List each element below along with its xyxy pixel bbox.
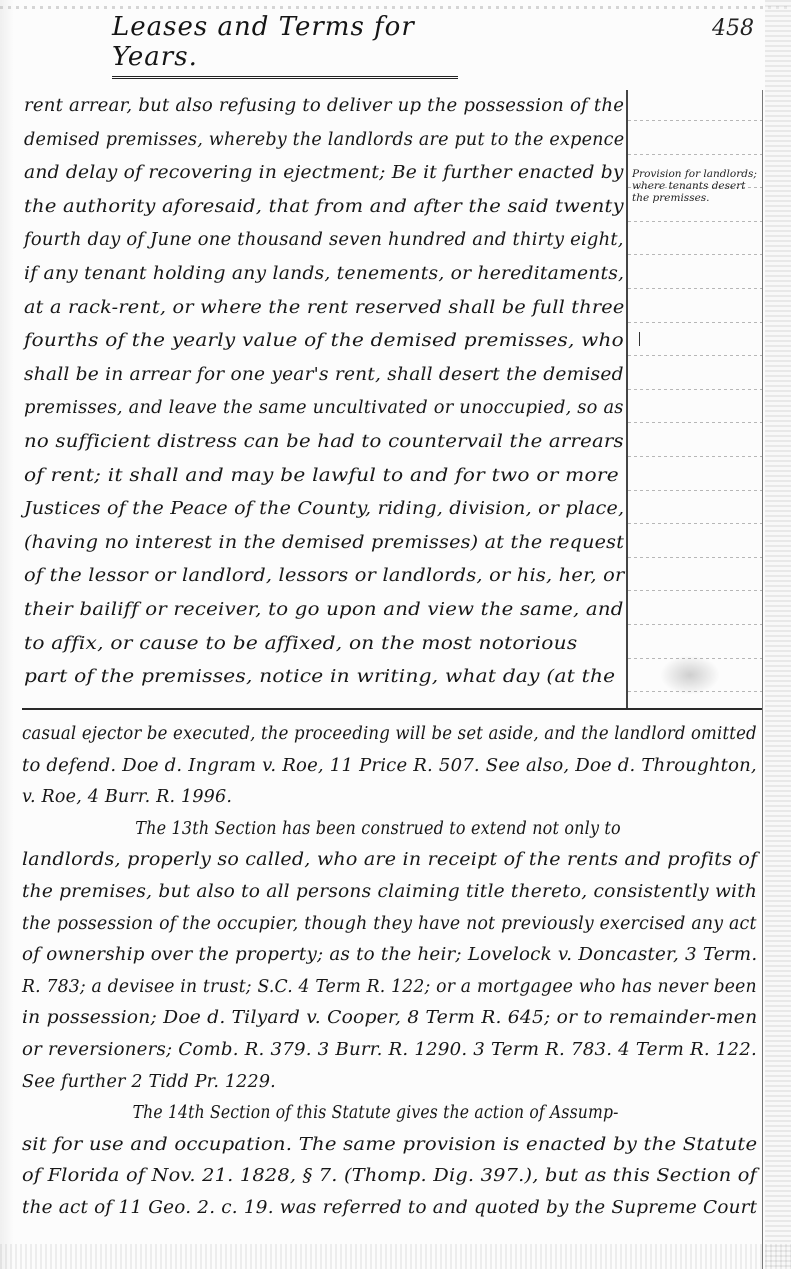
text-line: (having no interest in the demised premi… [24,533,624,553]
ruled-line [628,624,762,625]
text-line: and delay of recovering in ejectment; Be… [24,163,624,183]
text-line: at a rack-rent, or where the rent reserv… [24,298,624,318]
text-line: the premises, but also to all persons cl… [22,882,757,902]
text-line: rent arrear, but also refusing to delive… [24,96,624,116]
scan-noise-top [0,6,791,9]
page-number: 458 [712,16,754,41]
text-line: R. 783; a devisee in trust; S.C. 4 Term … [22,977,757,997]
text-line: The 13th Section has been construed to e… [22,819,621,839]
text-line: sit for use and occupation. The same pro… [22,1135,757,1155]
ruled-line [628,590,762,591]
text-line: of ownership over the property; as to th… [22,945,757,965]
right-edge-rule [762,90,763,1269]
text-line: premisses, and leave the same uncultivat… [24,398,624,418]
ruled-line [628,254,762,255]
text-line: the possession of the occupier, though t… [22,914,757,934]
section-divider [22,708,762,710]
page-title: Leases and Terms for Years. [112,12,458,79]
text-line: in possession; Doe d. Tilyard v. Cooper,… [22,1008,757,1028]
text-line: part of the premisses, notice in writing… [24,667,615,687]
text-line: Justices of the Peace of the County, rid… [24,499,624,519]
ruled-line [628,154,762,155]
manuscript-page: Leases and Terms for Years. 458 Provisio… [0,0,791,1269]
ruled-line [628,221,762,222]
text-line: to affix, or cause to be affixed, on the… [24,634,577,654]
margin-tick-mark [639,332,640,346]
text-line: demised premisses, whereby the landlords… [24,130,624,150]
text-line: fourth day of June one thousand seven hu… [24,230,624,250]
ruled-line [628,523,762,524]
text-line: casual ejector be executed, the proceedi… [22,724,757,744]
text-line: to defend. Doe d. Ingram v. Roe, 11 Pric… [22,756,757,776]
text-line: of rent; it shall and may be lawful to a… [24,466,619,486]
margin-note-line: the premisses. [632,192,762,204]
text-line: of the lessor or landlord, lessors or la… [24,566,625,586]
text-line: or reversioners; Comb. R. 379. 3 Burr. R… [22,1040,757,1060]
text-line: the act of 11 Geo. 2. c. 19. was referre… [22,1198,757,1218]
text-line: no sufficient distress can be had to cou… [24,432,624,452]
margin-note-line: Provision for landlords; [632,168,762,180]
text-line: of Florida of Nov. 21. 1828, § 7. (Thomp… [22,1166,757,1186]
ruled-line [628,456,762,457]
margin-note: Provision for landlords; where tenants d… [632,168,762,204]
text-line: v. Roe, 4 Burr. R. 1996. [22,787,232,807]
text-line: their bailiff or receiver, to go upon an… [24,600,624,620]
ruled-line [628,288,762,289]
margin-note-line: where tenants desert [632,180,762,192]
ink-smudge [660,655,720,695]
text-line: the authority aforesaid, that from and a… [24,197,624,217]
ruled-line [628,389,762,390]
scan-edge-right [765,0,791,1269]
text-line: See further 2 Tidd Pr. 1229. [22,1072,276,1092]
text-line: if any tenant holding any lands, tenemen… [24,264,624,284]
ruled-line [628,490,762,491]
text-line: landlords, properly so called, who are i… [22,850,757,870]
ruled-line [628,355,762,356]
margin-rule [626,90,628,710]
text-line: shall be in arrear for one year's rent, … [24,365,624,385]
text-line: The 14th Section of this Statute gives t… [22,1103,619,1123]
scan-noise-bottom [0,1244,791,1269]
ruled-line [628,322,762,323]
ruled-line [628,422,762,423]
ruled-line [628,120,762,121]
text-line: fourths of the yearly value of the demis… [24,331,624,351]
ruled-line [628,557,762,558]
